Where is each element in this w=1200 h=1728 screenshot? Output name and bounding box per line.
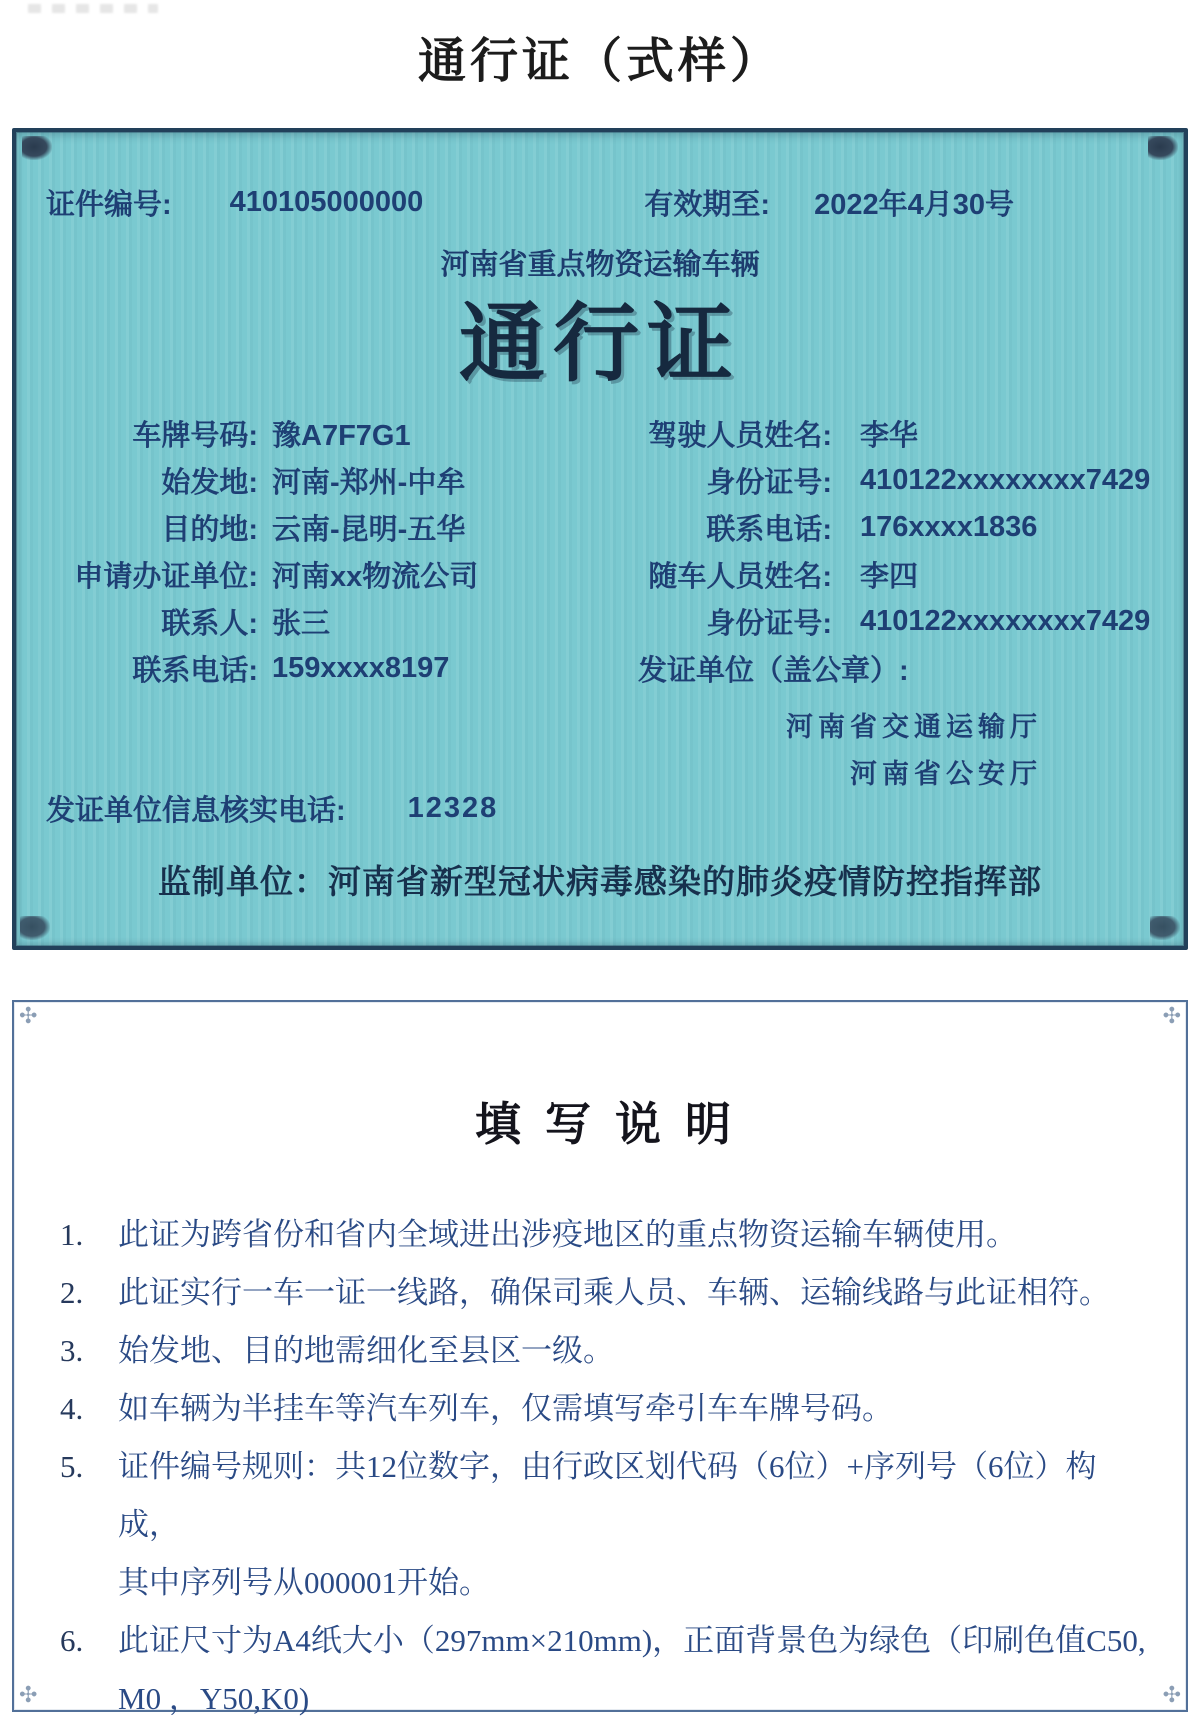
- field-label-driver-id: 身份证号:: [580, 460, 832, 501]
- cert-number-label: 证件编号:: [46, 182, 172, 223]
- field-value-passenger-id: 410122xxxxxxxx7429: [832, 605, 1154, 638]
- field-value-contact-person: 张三: [258, 601, 580, 642]
- corner-ornament-icon: ✣: [19, 1005, 37, 1027]
- instruction-item: 5. 证件编号规则：共12位数字，由行政区划代码（6位）+序列号（6位）构成，其…: [60, 1438, 1146, 1612]
- cert-number-value: 410105000000: [230, 186, 424, 219]
- corner-ornament-icon: ✣: [1163, 1684, 1181, 1706]
- instruction-item: 2. 此证实行一车一证一线路，确保司乘人员、车辆、运输线路与此证相符。: [60, 1264, 1146, 1322]
- field-value-destination: 云南-昆明-五华: [258, 507, 580, 548]
- item-line: 证件编号规则：共12位数字，由行政区划代码（6位）+序列号（6位）构成，: [118, 1438, 1146, 1554]
- permit-fields: 车牌号码: 豫A7F7G1 驾驶人员姓名: 李华 始发地: 河南-郑州-中牟 身…: [46, 410, 1154, 692]
- issuer-block: 河南省交通运输厅 河南省公安厅: [46, 704, 1154, 798]
- scan-artifact: [28, 4, 158, 13]
- field-label-contact-phone: 联系电话:: [46, 648, 258, 689]
- item-line: 此证实行一车一证一线路，确保司乘人员、车辆、运输线路与此证相符。: [118, 1264, 1146, 1322]
- card-header-row: 证件编号: 410105000000 有效期至: 2022年4月30号: [46, 184, 1154, 220]
- item-number: 5.: [60, 1438, 118, 1612]
- corner-ornament-icon: [1150, 916, 1180, 940]
- item-line: 始发地、目的地需细化至县区一级。: [118, 1322, 1146, 1380]
- supervisor-line: 监制单位：河南省新型冠状病毒感染的肺炎疫情防控指挥部: [46, 856, 1154, 900]
- field-value-apply-unit: 河南xx物流公司: [258, 554, 580, 595]
- item-line: 此证为跨省份和省内全域进出涉疫地区的重点物资运输车辆使用。: [118, 1206, 1146, 1264]
- field-label-driver-name: 驾驶人员姓名:: [580, 413, 832, 454]
- instruction-item: 3. 始发地、目的地需细化至县区一级。: [60, 1322, 1146, 1380]
- field-label-passenger-id: 身份证号:: [580, 601, 832, 642]
- corner-ornament-icon: [1148, 136, 1178, 160]
- corner-ornament-icon: ✣: [1163, 1005, 1181, 1027]
- field-value-passenger-name: 李四: [832, 554, 1154, 595]
- permit-subtitle: 河南省重点物资运输车辆: [46, 242, 1154, 274]
- valid-until-label: 有效期至:: [644, 182, 770, 223]
- field-value-contact-phone: 159xxxx8197: [258, 652, 580, 685]
- item-line: 此证尺寸为A4纸大小（297mm×210mm)，正面背景色为绿色（印刷色值C50…: [118, 1612, 1146, 1670]
- seal-label: 发证单位（盖公章）:: [580, 648, 1154, 689]
- issuer-line-transport: 河南省交通运输厅: [46, 704, 1042, 751]
- field-value-plate: 豫A7F7G1: [258, 413, 580, 454]
- field-value-driver-name: 李华: [832, 413, 1154, 454]
- field-value-driver-phone: 176xxxx1836: [832, 511, 1154, 544]
- field-label-passenger-name: 随车人员姓名:: [580, 554, 832, 595]
- field-label-contact-person: 联系人:: [46, 601, 258, 642]
- field-label-plate: 车牌号码:: [46, 413, 258, 454]
- valid-until-value: 2022年4月30号: [814, 182, 1014, 223]
- corner-ornament-icon: [20, 916, 50, 940]
- permit-title: 通行证: [46, 290, 1154, 402]
- verify-phone-label: 发证单位信息核实电话:: [46, 788, 346, 829]
- field-label-driver-phone: 联系电话:: [580, 507, 832, 548]
- permit-card: 证件编号: 410105000000 有效期至: 2022年4月30号 河南省重…: [12, 128, 1188, 950]
- field-label-origin: 始发地:: [46, 460, 258, 501]
- item-line: 其中序列号从000001开始。: [118, 1554, 1146, 1612]
- item-number: 1.: [60, 1206, 118, 1264]
- field-value-driver-id: 410122xxxxxxxx7429: [832, 464, 1154, 497]
- field-value-origin: 河南-郑州-中牟: [258, 460, 580, 501]
- instructions-list: 1. 此证为跨省份和省内全域进出涉疫地区的重点物资运输车辆使用。 2. 此证实行…: [60, 1206, 1146, 1728]
- field-label-destination: 目的地:: [46, 507, 258, 548]
- item-number: 6.: [60, 1612, 118, 1728]
- instructions-box: ✣ ✣ ✣ ✣ 填写说明 1. 此证为跨省份和省内全域进出涉疫地区的重点物资运输…: [12, 1000, 1188, 1712]
- item-number: 2.: [60, 1264, 118, 1322]
- instructions-title: 填写说明: [60, 1088, 1146, 1150]
- instruction-item: 1. 此证为跨省份和省内全域进出涉疫地区的重点物资运输车辆使用。: [60, 1206, 1146, 1264]
- corner-ornament-icon: ✣: [19, 1684, 37, 1706]
- item-number: 3.: [60, 1322, 118, 1380]
- field-label-apply-unit: 申请办证单位:: [46, 554, 258, 595]
- verify-phone-value: 12328: [408, 792, 499, 825]
- instruction-item: 6. 此证尺寸为A4纸大小（297mm×210mm)，正面背景色为绿色（印刷色值…: [60, 1612, 1146, 1728]
- instruction-item: 4. 如车辆为半挂车等汽车列车，仅需填写牵引车车牌号码。: [60, 1380, 1146, 1438]
- item-line: M0 ，Y50,K0): [118, 1670, 1146, 1728]
- corner-ornament-icon: [22, 136, 52, 160]
- page-title: 通行证（式样）: [0, 0, 1200, 82]
- item-line: 如车辆为半挂车等汽车列车，仅需填写牵引车车牌号码。: [118, 1380, 1146, 1438]
- item-number: 4.: [60, 1380, 118, 1438]
